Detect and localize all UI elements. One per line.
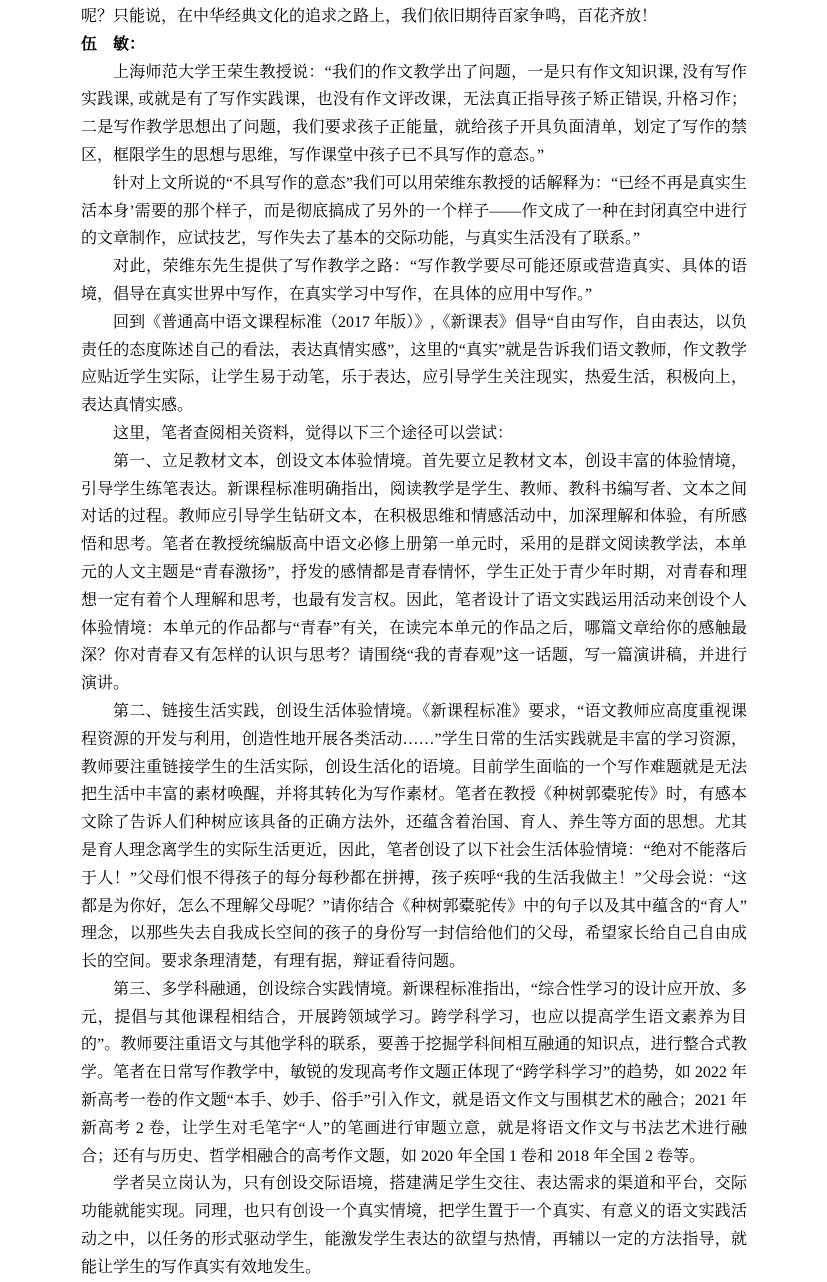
paragraph: 针对上文所说的“不具写作的意态”我们可以用荣维东教授的话解释为：“已经不再是真实… <box>81 170 747 253</box>
section-heading-author: 伍 敏： <box>81 31 747 59</box>
paragraph-approach-1: 第一、立足教材文本，创设文本体验情境。首先要立足教材文本，创设丰富的体验情境，引… <box>81 448 747 698</box>
paragraph-continuation: 呢？只能说，在中华经典文化的追求之路上，我们依旧期待百家争鸣，百花齐放！ <box>81 3 747 31</box>
paragraph: 对此，荣维东先生提供了写作教学之路：“写作教学要尽可能还原或营造真实、具体的语境… <box>81 253 747 309</box>
paragraph: 这里，笔者查阅相关资料，觉得以下三个途径可以尝试： <box>81 420 747 448</box>
document-page: 呢？只能说，在中华经典文化的追求之路上，我们依旧期待百家争鸣，百花齐放！ 伍 敏… <box>0 0 827 1282</box>
paragraph: 回到《普通高中语文课程标准（2017 年版）》,《新课表》倡导“自由写作，自由表… <box>81 309 747 420</box>
paragraph-approach-2: 第二、链接生活实践，创设生活体验情境。《新课程标准》要求，“语文教师应高度重视课… <box>81 698 747 976</box>
paragraph: 上海师范大学王荣生教授说：“我们的作文教学出了问题，一是只有作文知识课, 没有写… <box>81 59 747 170</box>
paragraph-conclusion: 学者吴立岗认为，只有创设交际语境，搭建满足学生交往、表达需求的渠道和平台，交际功… <box>81 1170 747 1281</box>
paragraph-approach-3: 第三、多学科融通，创设综合实践情境。新课程标准指出，“综合性学习的设计应开放、多… <box>81 976 747 1171</box>
